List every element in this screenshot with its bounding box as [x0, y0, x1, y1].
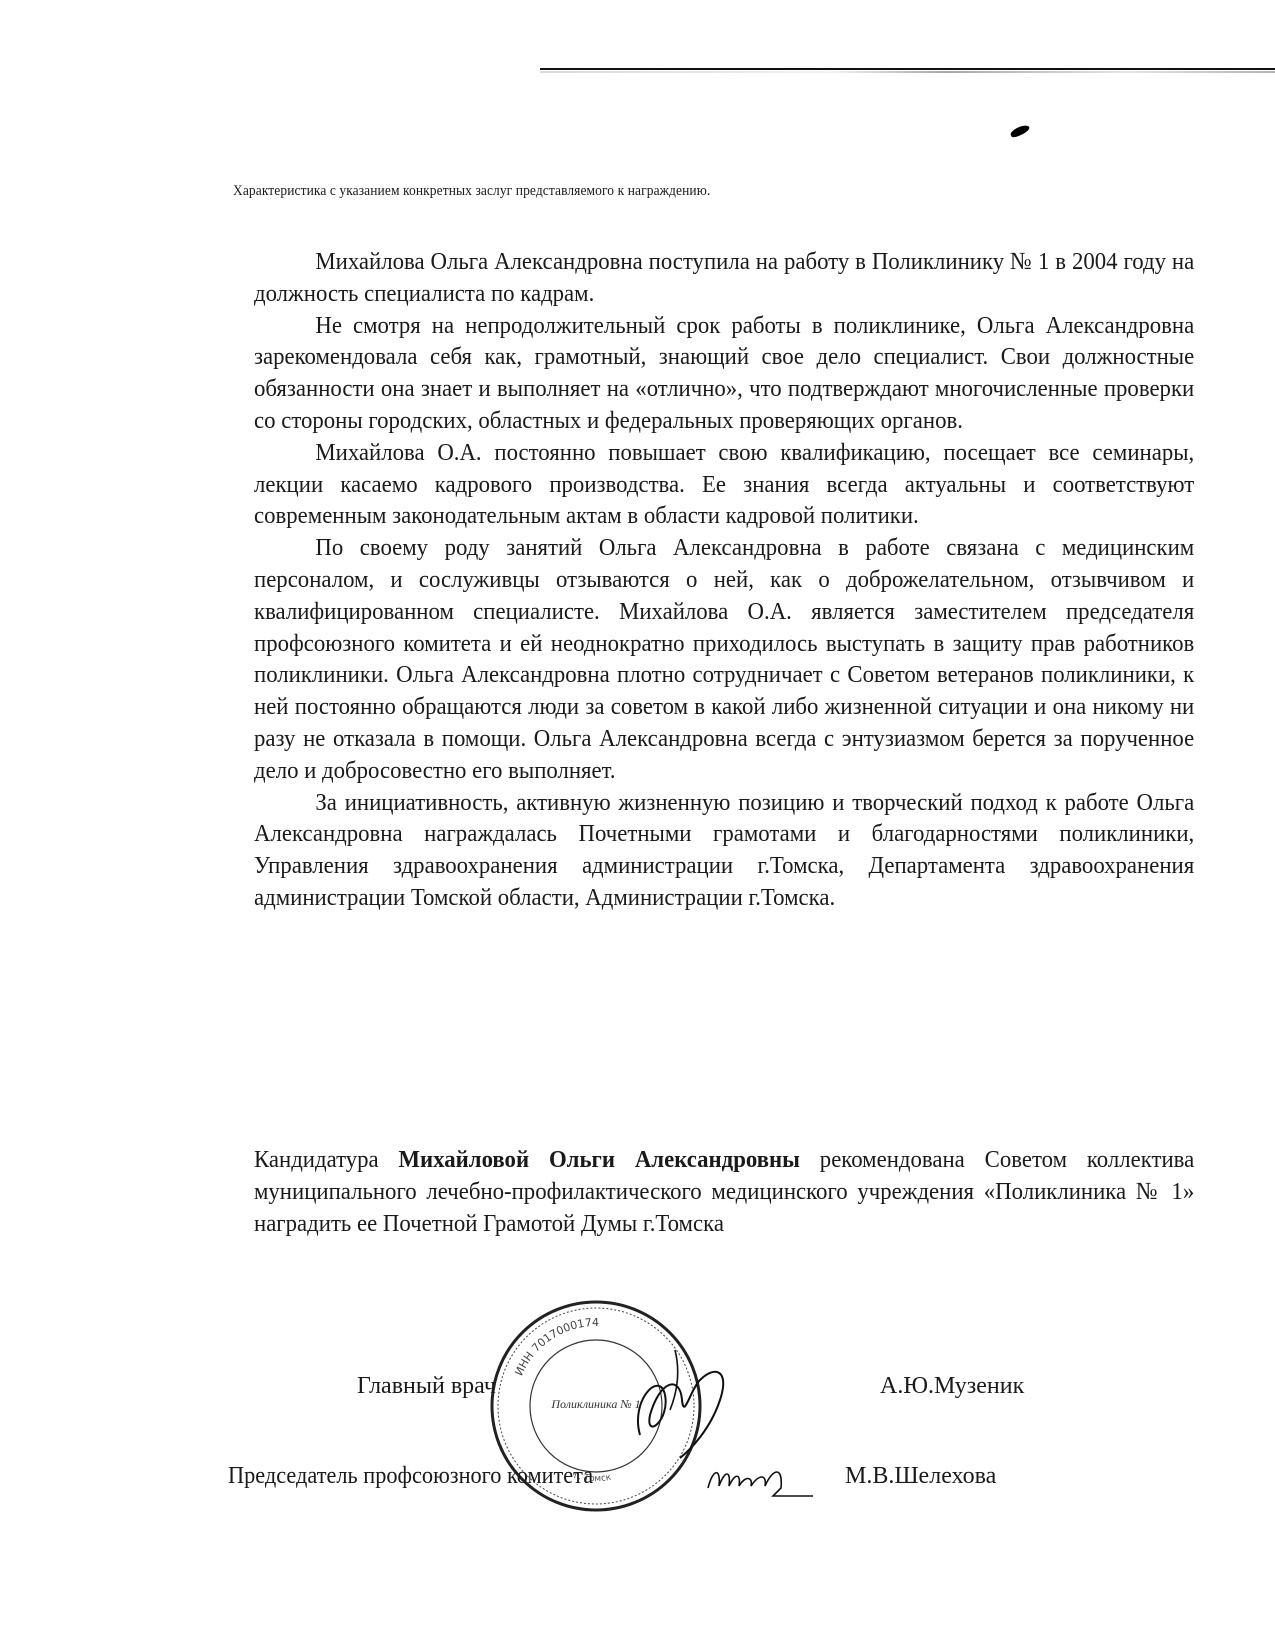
paragraph: Михайлова О.А. постоянно повышает свою к… [254, 437, 1194, 532]
candidate-name: Михайловой Ольги Александровны [399, 1146, 800, 1173]
union-chair-title: Председатель профсоюзного комитета [228, 1463, 593, 1490]
document-heading: Характеристика с указанием конкретных за… [233, 183, 710, 200]
union-chair-name: М.В.Шелехова [845, 1463, 996, 1490]
paragraph: За инициативность, активную жизненную по… [254, 787, 1194, 914]
chief-doctor-name: А.Ю.Музеник [880, 1373, 1024, 1400]
chief-signature [620, 1340, 770, 1460]
svg-text:ИНН 7017000174: ИНН 7017000174 [512, 1316, 599, 1378]
recommendation-text: Кандидатура Михайловой Ольги Александров… [254, 1144, 1194, 1239]
recommendation: Кандидатура Михайловой Ольги Александров… [254, 1144, 1194, 1239]
ink-mark [1009, 123, 1031, 139]
top-rule [540, 68, 1275, 70]
paragraph: Михайлова Ольга Александровна поступила … [254, 246, 1194, 310]
recommendation-prefix: Кандидатура [254, 1146, 399, 1173]
paragraph: Не смотря на непродолжительный срок рабо… [254, 310, 1194, 437]
paragraph: По своему роду занятий Ольга Александров… [254, 532, 1194, 786]
chief-doctor-title: Главный врач [357, 1373, 496, 1400]
union-signature [703, 1458, 823, 1498]
document-body: Михайлова Ольга Александровна поступила … [254, 246, 1194, 914]
